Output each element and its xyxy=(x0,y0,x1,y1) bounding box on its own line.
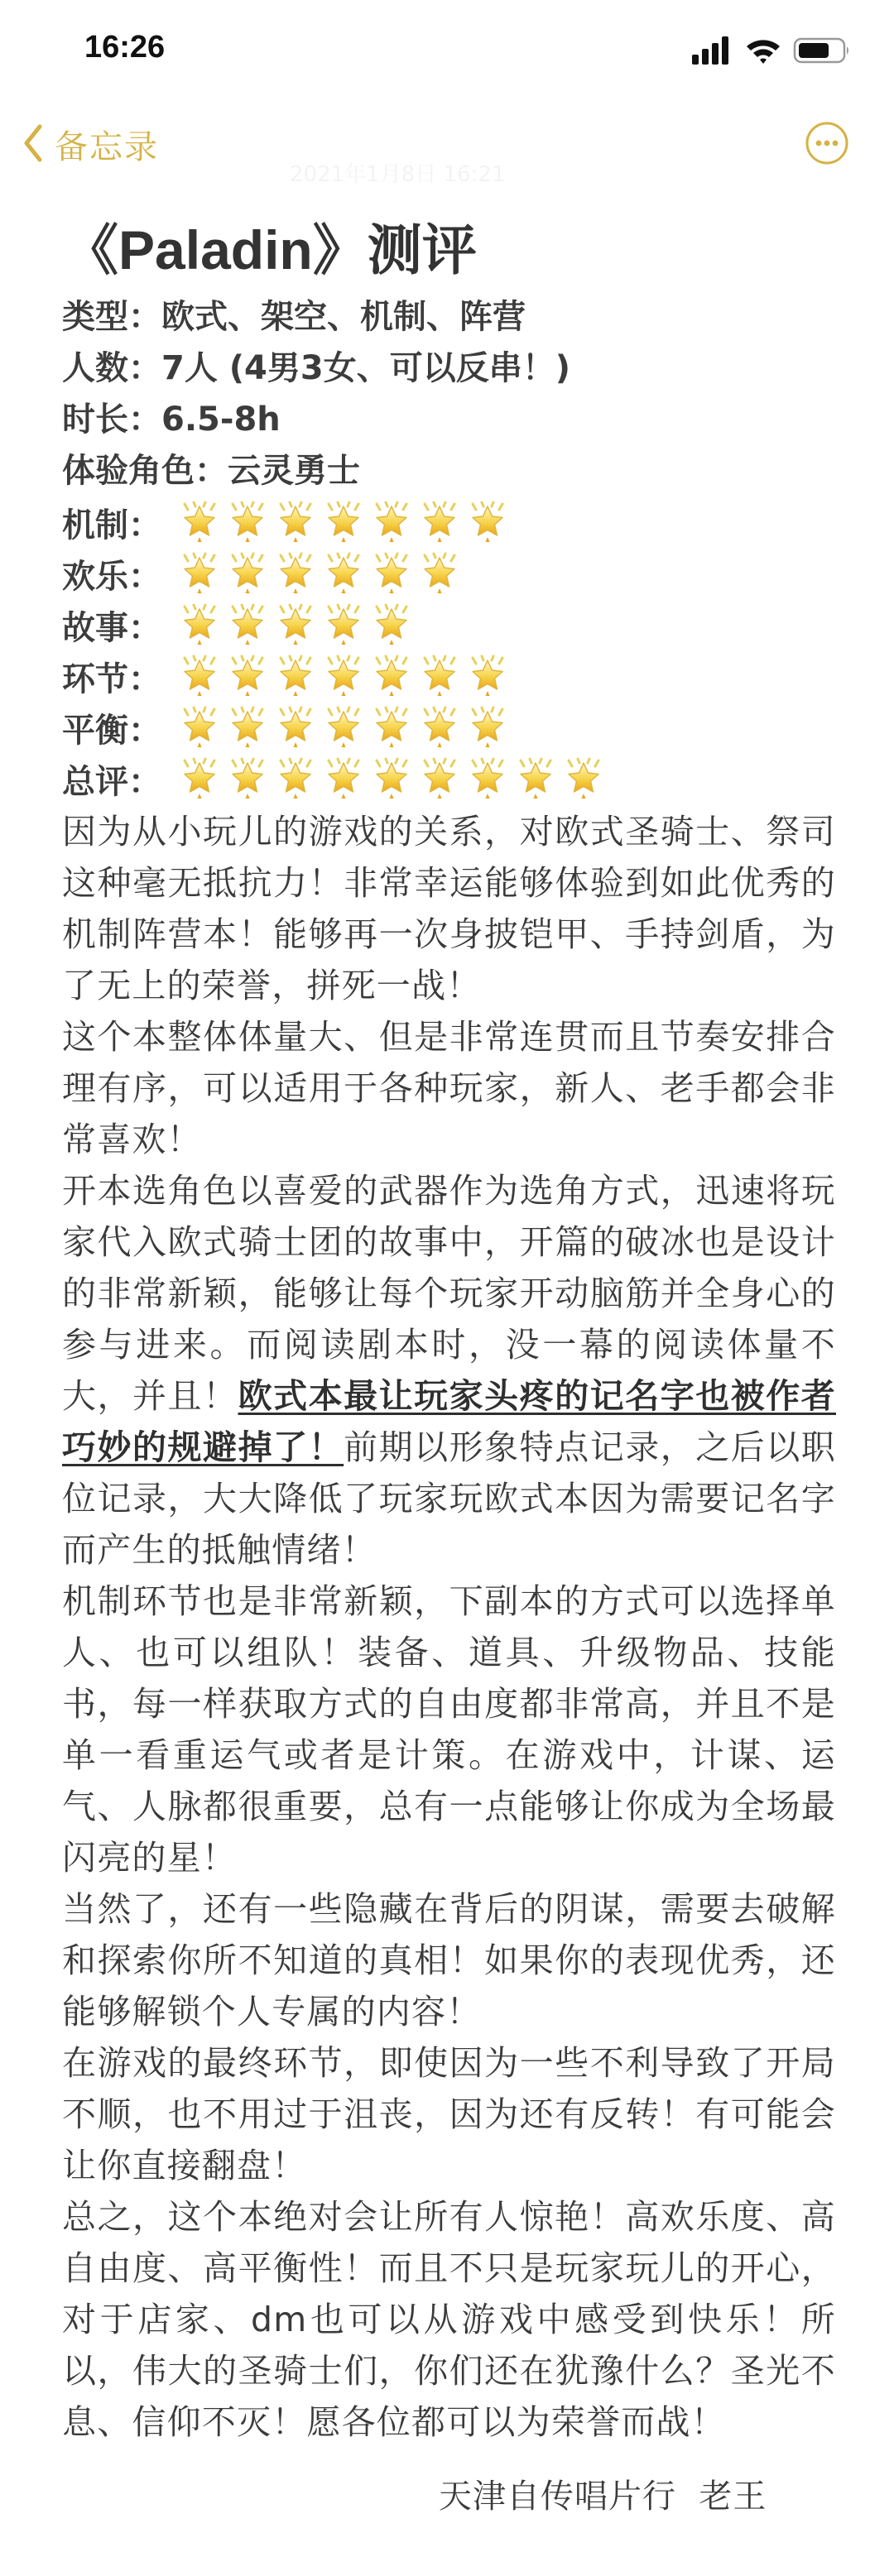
info-label: 体验角色： xyxy=(62,452,228,490)
rating-row-mechanics: 机制： xyxy=(62,496,836,548)
rating-row-overall: 总评： xyxy=(62,753,836,804)
chevron-left-icon xyxy=(23,123,43,166)
review-body: 因为从小玩儿的游戏的关系，对欧式圣骑士、祭司这种毫无抵抗力！非常幸运能够体验到如… xyxy=(62,806,836,2448)
status-icons xyxy=(692,36,851,68)
info-value: 欧式、架空、机制、阵营 xyxy=(161,298,526,336)
info-value: 6.5-8h xyxy=(161,401,281,439)
info-role: 体验角色：云灵勇士 xyxy=(62,445,836,496)
glowing-star-icon xyxy=(416,756,463,802)
glowing-star-icon xyxy=(464,653,511,699)
glowing-star-icon xyxy=(272,653,319,699)
back-label: 备忘录 xyxy=(55,121,159,168)
info-value: 云灵勇士 xyxy=(228,452,360,490)
glowing-star-icon xyxy=(176,550,223,597)
glowing-star-icon xyxy=(560,756,607,802)
status-bar: 16:26 xyxy=(0,0,894,91)
glowing-star-icon xyxy=(272,499,319,545)
note-content[interactable]: 《Paladin》测评 类型：欧式、架空、机制、阵营 人数：7人 (4男3女、可… xyxy=(62,199,836,2448)
cellular-signal-icon xyxy=(692,36,733,68)
rating-label: 平衡： xyxy=(62,704,176,751)
glowing-star-icon xyxy=(320,756,367,802)
info-label: 类型： xyxy=(62,298,161,336)
note-date: 2021年1月8日 16:21 xyxy=(290,157,505,188)
glowing-star-icon xyxy=(272,756,319,802)
info-duration: 时长：6.5-8h xyxy=(62,394,836,445)
glowing-star-icon xyxy=(272,550,319,597)
star-rating xyxy=(176,653,511,699)
glowing-star-icon xyxy=(176,653,223,699)
glowing-star-icon xyxy=(320,550,367,597)
star-rating xyxy=(176,499,511,545)
glowing-star-icon xyxy=(176,499,223,545)
info-section: 类型：欧式、架空、机制、阵营 人数：7人 (4男3女、可以反串！) 时长：6.5… xyxy=(62,291,836,496)
glowing-star-icon xyxy=(224,704,271,751)
glowing-star-icon xyxy=(224,653,271,699)
glowing-star-icon xyxy=(224,602,271,648)
review-paragraph: 当然了，还有一些隐藏在背后的阴谋，需要去破解和探索你所不知道的真相！如果你的表现… xyxy=(62,1883,836,2037)
rating-row-fun: 欢乐： xyxy=(62,548,836,599)
review-paragraph: 因为从小玩儿的游戏的关系，对欧式圣骑士、祭司这种毫无抵抗力！非常幸运能够体验到如… xyxy=(62,806,836,1011)
more-ellipsis-circle-icon xyxy=(805,153,849,169)
review-paragraph: 在游戏的最终环节，即使因为一些不利导致了开局不顺，也不用过于沮丧，因为还有反转！… xyxy=(62,2037,836,2191)
glowing-star-icon xyxy=(416,499,463,545)
rating-label: 欢乐： xyxy=(62,550,176,597)
glowing-star-icon xyxy=(416,704,463,751)
glowing-star-icon xyxy=(368,499,415,545)
glowing-star-icon xyxy=(320,653,367,699)
wifi-icon xyxy=(745,36,781,68)
info-label: 人数： xyxy=(62,349,161,387)
glowing-star-icon xyxy=(176,602,223,648)
review-paragraph: 这个本整体体量大、但是非常连贯而且节奏安排合理有序，可以适用于各种玩家，新人、老… xyxy=(62,1011,836,1165)
glowing-star-icon xyxy=(464,756,511,802)
rating-label: 总评： xyxy=(62,756,176,803)
info-value: 7人 (4男3女、可以反串！) xyxy=(161,349,570,387)
rating-row-segments: 环节： xyxy=(62,650,836,702)
star-rating xyxy=(176,704,511,751)
info-label: 时长： xyxy=(62,401,161,439)
back-button[interactable]: 备忘录 xyxy=(23,121,159,168)
glowing-star-icon xyxy=(512,756,559,802)
glowing-star-icon xyxy=(224,756,271,802)
glowing-star-icon xyxy=(368,653,415,699)
glowing-star-icon xyxy=(368,704,415,751)
rating-label: 故事： xyxy=(62,602,176,649)
glowing-star-icon xyxy=(272,704,319,751)
rating-label: 环节： xyxy=(62,653,176,700)
rating-row-story: 故事： xyxy=(62,599,836,650)
star-rating xyxy=(176,756,607,802)
glowing-star-icon xyxy=(224,550,271,597)
glowing-star-icon xyxy=(464,499,511,545)
status-time: 16:26 xyxy=(84,30,165,65)
glowing-star-icon xyxy=(320,704,367,751)
rating-label: 机制： xyxy=(62,499,176,546)
glowing-star-icon xyxy=(224,499,271,545)
glowing-star-icon xyxy=(368,602,415,648)
review-paragraph: 开本选角色以喜爱的武器作为选角方式，迅速将玩家代入欧式骑士团的故事中，开篇的破冰… xyxy=(62,1165,836,1576)
glowing-star-icon xyxy=(368,550,415,597)
battery-icon xyxy=(793,36,851,68)
glowing-star-icon xyxy=(368,756,415,802)
review-paragraph: 机制环节也是非常新颖，下副本的方式可以选择单人、也可以组队！装备、道具、升级物品… xyxy=(62,1576,836,1883)
rating-row-balance: 平衡： xyxy=(62,702,836,753)
star-rating xyxy=(176,550,463,597)
glowing-star-icon xyxy=(464,704,511,751)
glowing-star-icon xyxy=(416,550,463,597)
signature: 天津自传唱片行 老王 xyxy=(439,2470,767,2517)
star-rating xyxy=(176,602,415,648)
glowing-star-icon xyxy=(320,499,367,545)
glowing-star-icon xyxy=(176,704,223,751)
ratings-section: 机制： xyxy=(62,496,836,804)
glowing-star-icon xyxy=(416,653,463,699)
more-button[interactable] xyxy=(805,121,849,165)
note-title: 《Paladin》测评 xyxy=(64,209,836,291)
glowing-star-icon xyxy=(176,756,223,802)
info-players: 人数：7人 (4男3女、可以反串！) xyxy=(62,343,836,394)
info-type: 类型：欧式、架空、机制、阵营 xyxy=(62,291,836,343)
glowing-star-icon xyxy=(272,602,319,648)
review-paragraph: 总之，这个本绝对会让所有人惊艳！高欢乐度、高自由度、高平衡性！而且不只是玩家玩儿… xyxy=(62,2191,836,2448)
glowing-star-icon xyxy=(320,602,367,648)
